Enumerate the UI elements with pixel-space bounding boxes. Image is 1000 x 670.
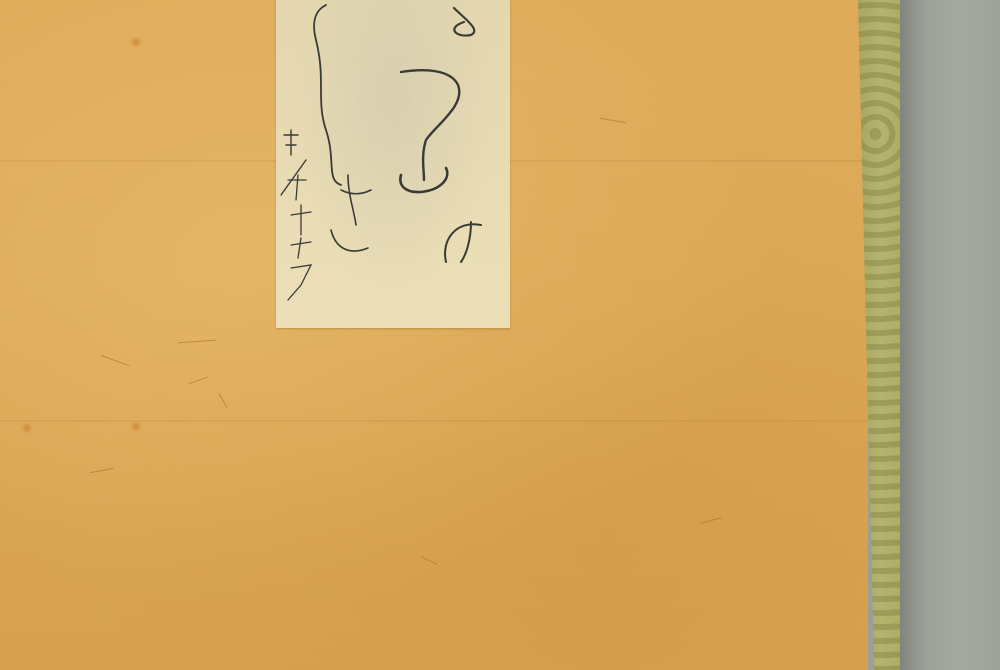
paper-stain — [130, 420, 142, 432]
paper-fiber — [90, 468, 114, 473]
paper-fiber — [600, 118, 626, 123]
paper-fiber — [421, 556, 438, 565]
paper-fiber — [188, 377, 207, 385]
paper-stain — [21, 422, 33, 434]
paper-fiber — [101, 355, 130, 366]
paper-fiber — [178, 340, 216, 344]
paper-stain — [130, 36, 142, 48]
background-wall — [900, 0, 1000, 670]
paper-fiber — [219, 393, 228, 407]
paper-fiber — [700, 517, 722, 524]
calligraphy-card — [276, 0, 510, 328]
calligraphy-strokes — [276, 0, 510, 328]
